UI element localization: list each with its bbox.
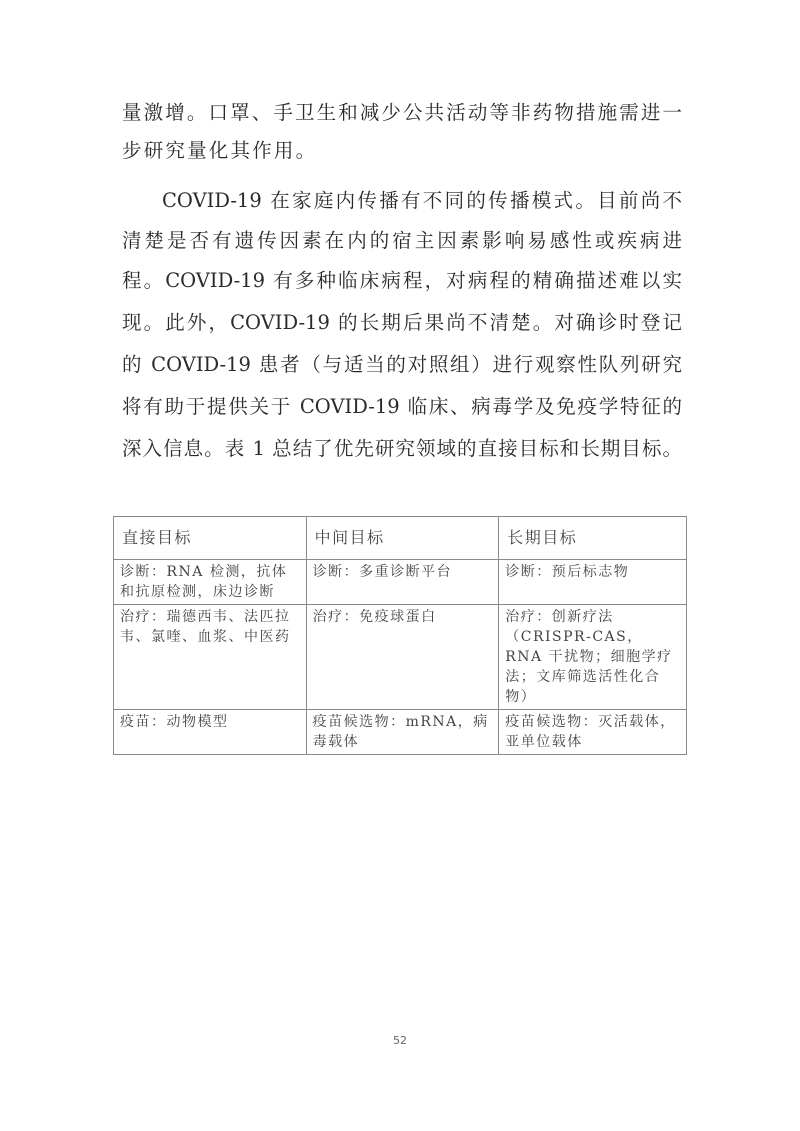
paragraph-line: 程。COVID-19 有多种临床病程，对病程的精确描述难以实 — [122, 268, 682, 294]
table-row: 诊断：RNA 检测，抗体和抗原检测，床边诊断 诊断：多重诊断平台 诊断：预后标志… — [114, 560, 687, 605]
paragraph-line: 步研究量化其作用。 — [122, 138, 682, 164]
paragraph-line: 清楚是否有遗传因素在内的宿主因素影响易感性或疾病进 — [122, 228, 682, 254]
table-row: 治疗：瑞德西韦、法匹拉韦、氯喹、血浆、中医药 治疗：免疫球蛋白 治疗：创新疗法（… — [114, 605, 687, 710]
header-intermediate-goals: 中间目标 — [306, 517, 499, 560]
table-cell: 疫苗：动物模型 — [114, 710, 307, 755]
research-goals-table: 直接目标 中间目标 长期目标 诊断：RNA 检测，抗体和抗原检测，床边诊断 诊断… — [113, 516, 687, 755]
header-long-term-goals: 长期目标 — [499, 517, 687, 560]
paragraph-line: 将有助于提供关于 COVID-19 临床、病毒学及免疫学特征的 — [122, 394, 682, 420]
table-cell: 疫苗候选物：mRNA，病毒载体 — [306, 710, 499, 755]
page-number: 52 — [0, 1034, 800, 1047]
table-cell: 治疗：瑞德西韦、法匹拉韦、氯喹、血浆、中医药 — [114, 605, 307, 710]
table-cell: 诊断：预后标志物 — [499, 560, 687, 605]
table-cell: 治疗：免疫球蛋白 — [306, 605, 499, 710]
table-cell: 诊断：多重诊断平台 — [306, 560, 499, 605]
paragraph-line: 深入信息。表 1 总结了优先研究领域的直接目标和长期目标。 — [122, 436, 682, 462]
table-header-row: 直接目标 中间目标 长期目标 — [114, 517, 687, 560]
header-immediate-goals: 直接目标 — [114, 517, 307, 560]
paragraph-line: 的 COVID-19 患者（与适当的对照组）进行观察性队列研究 — [122, 352, 682, 378]
paragraph-line: 现。此外，COVID-19 的长期后果尚不清楚。对确诊时登记 — [122, 310, 682, 336]
table-cell: 治疗：创新疗法（CRISPR-CAS，RNA 干扰物；细胞学疗法；文库筛选活性化… — [499, 605, 687, 710]
table-row: 疫苗：动物模型 疫苗候选物：mRNA，病毒载体 疫苗候选物：灭活载体，亚单位载体 — [114, 710, 687, 755]
paragraph-line: COVID-19 在家庭内传播有不同的传播模式。目前尚不 — [162, 188, 682, 214]
paragraph-line: 量激增。口罩、手卫生和减少公共活动等非药物措施需进一 — [122, 100, 682, 126]
table-cell: 诊断：RNA 检测，抗体和抗原检测，床边诊断 — [114, 560, 307, 605]
table-cell: 疫苗候选物：灭活载体，亚单位载体 — [499, 710, 687, 755]
